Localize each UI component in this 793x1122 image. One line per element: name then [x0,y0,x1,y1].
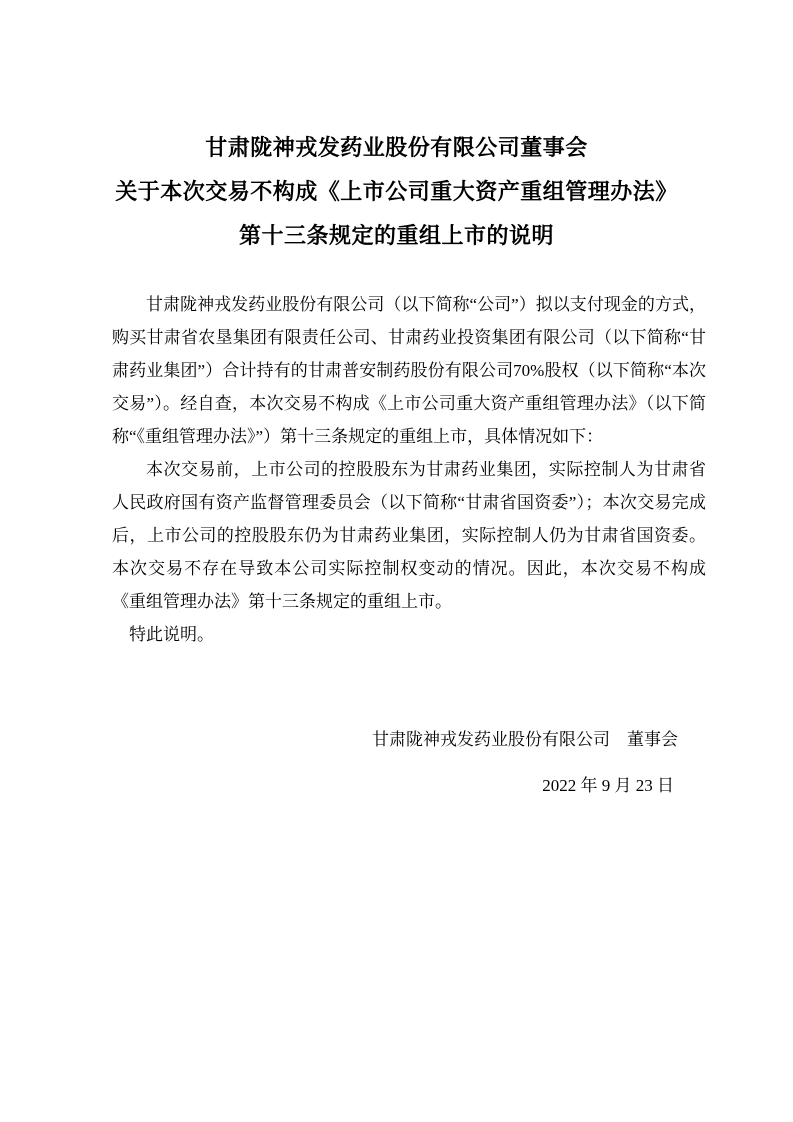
body-paragraph-1: 甘肃陇神戎发药业股份有限公司（以下简称“公司”）拟以支付现金的方式，购买甘肃省农… [112,288,706,453]
signature-date: 2022 年 9 月 23 日 [0,769,678,802]
document-title-line-3: 第十三条规定的重组上市的说明 [0,214,793,258]
closing-statement: 特此说明。 [112,618,706,651]
document-body: 甘肃陇神戎发药业股份有限公司（以下简称“公司”）拟以支付现金的方式，购买甘肃省农… [0,288,793,651]
signature-block: 甘肃陇神戎发药业股份有限公司 董事会 2022 年 9 月 23 日 [0,723,793,802]
document-title: 甘肃陇神戎发药业股份有限公司董事会 关于本次交易不构成《上市公司重大资产重组管理… [0,0,793,258]
document-title-line-2: 关于本次交易不构成《上市公司重大资产重组管理办法》 [0,170,793,214]
body-paragraph-2: 本次交易前，上市公司的控股股东为甘肃药业集团，实际控制人为甘肃省人民政府国有资产… [112,453,706,618]
document-page: 甘肃陇神戎发药业股份有限公司董事会 关于本次交易不构成《上市公司重大资产重组管理… [0,0,793,1122]
signature-company: 甘肃陇神戎发药业股份有限公司 董事会 [0,723,678,756]
document-title-line-1: 甘肃陇神戎发药业股份有限公司董事会 [0,126,793,170]
